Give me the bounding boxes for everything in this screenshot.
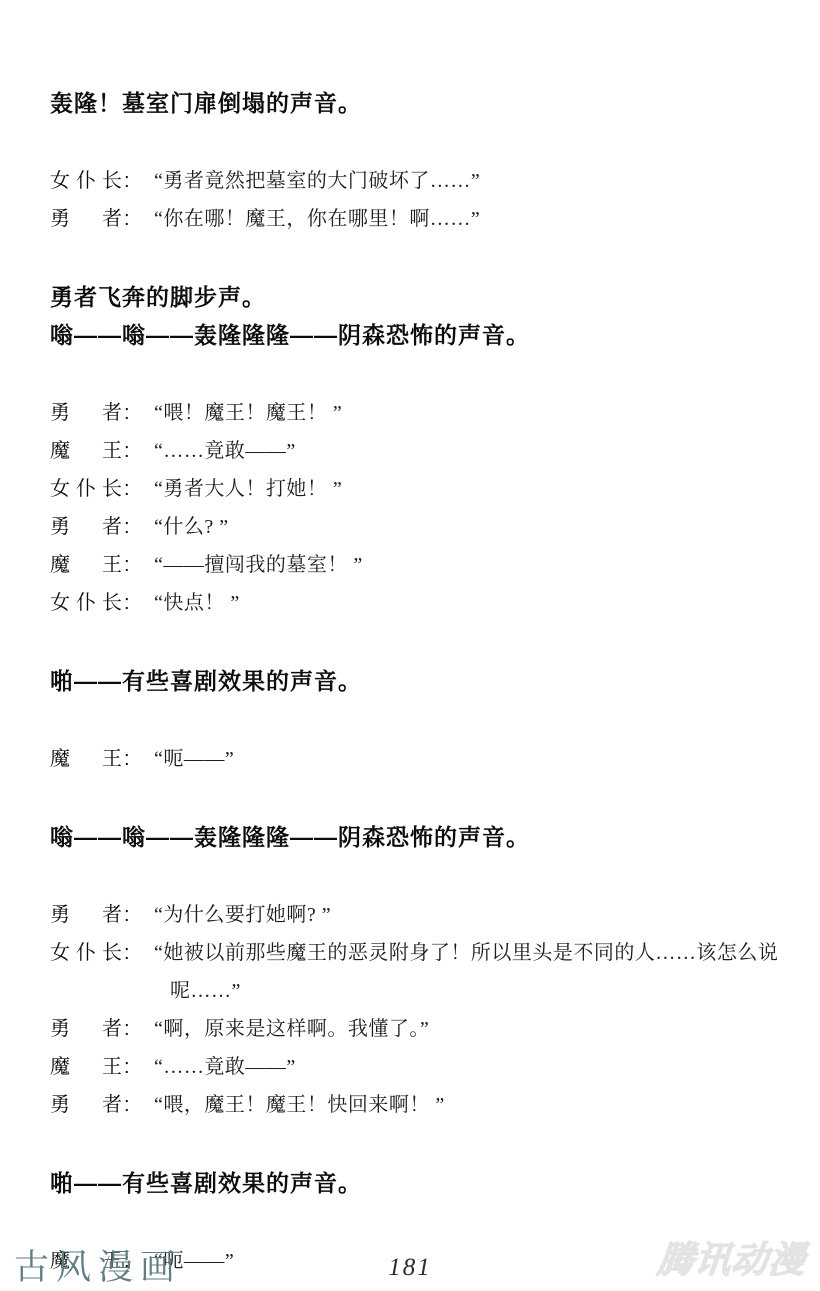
speaker-char: 勇	[50, 1010, 70, 1048]
speaker-char: 魔	[50, 1048, 70, 1086]
sound-effect-line: 啪——有些喜剧效果的声音。	[50, 1164, 800, 1202]
dialogue-text: “呃——”	[154, 740, 800, 778]
speaker-char: 女	[50, 934, 70, 972]
speaker-colon: :	[122, 1010, 154, 1048]
speaker-char: 者	[102, 1010, 122, 1048]
dialogue-text: “啊，原来是这样啊。我懂了。”	[154, 1010, 800, 1048]
speaker-char: 王	[102, 546, 122, 584]
speaker-char: 者	[102, 508, 122, 546]
speaker-char: 仆	[76, 934, 96, 972]
speaker-colon: :	[122, 394, 154, 432]
speaker-colon: :	[122, 740, 154, 778]
speaker-name: 魔王	[50, 546, 122, 584]
speaker-char: 者	[102, 200, 122, 238]
script-body: 轰隆！墓室门扉倒塌的声音。 女仆长 : “勇者竟然把墓室的大门破坏了……” 勇者…	[0, 0, 820, 1280]
speaker-name: 勇者	[50, 1010, 122, 1048]
speaker-char: 魔	[50, 432, 70, 470]
speaker-char: 勇	[50, 394, 70, 432]
dialogue-row: 勇者 : “为什么要打她啊? ”	[50, 896, 800, 934]
speaker-name: 女仆长	[50, 584, 122, 622]
speaker-colon: :	[122, 200, 154, 238]
sound-effect-line: 勇者飞奔的脚步声。	[50, 278, 800, 316]
dialogue-text: “她被以前那些魔王的恶灵附身了！所以里头是不同的人……该怎么说呢……”	[154, 934, 800, 1010]
speaker-name: 勇者	[50, 508, 122, 546]
speaker-char: 勇	[50, 1086, 70, 1124]
dialogue-row: 女仆长 : “快点！ ”	[50, 584, 800, 622]
speaker-char: 女	[50, 584, 70, 622]
speaker-char: 王	[102, 740, 122, 778]
speaker-colon: :	[122, 470, 154, 508]
speaker-name: 魔王	[50, 740, 122, 778]
speaker-char: 者	[102, 1086, 122, 1124]
speaker-colon: :	[122, 432, 154, 470]
speaker-char: 长	[102, 584, 122, 622]
dialogue-text: “你在哪！魔王，你在哪里！啊……”	[154, 200, 800, 238]
speaker-colon: :	[122, 1048, 154, 1086]
dialogue-row: 勇者 : “喂！魔王！魔王！ ”	[50, 394, 800, 432]
speaker-char: 勇	[50, 896, 70, 934]
speaker-name: 女仆长	[50, 470, 122, 508]
speaker-name: 勇者	[50, 896, 122, 934]
speaker-char: 魔	[50, 546, 70, 584]
dialogue-row: 魔王 : “——擅闯我的墓室！ ”	[50, 546, 800, 584]
speaker-colon: :	[122, 162, 154, 200]
speaker-name: 勇者	[50, 1086, 122, 1124]
dialogue-row: 勇者 : “啊，原来是这样啊。我懂了。”	[50, 1010, 800, 1048]
watermark-tencent-comics: 腾讯动漫	[655, 1232, 808, 1283]
speaker-colon: :	[122, 508, 154, 546]
dialogue-row: 勇者 : “什么? ”	[50, 508, 800, 546]
dialogue-text: “喂！魔王！魔王！ ”	[154, 394, 800, 432]
dialogue-text: “喂，魔王！魔王！快回来啊！ ”	[154, 1086, 800, 1124]
speaker-char: 仆	[76, 584, 96, 622]
dialogue-text: “——擅闯我的墓室！ ”	[154, 546, 800, 584]
speaker-char: 勇	[50, 200, 70, 238]
dialogue-row: 女仆长 : “勇者竟然把墓室的大门破坏了……”	[50, 162, 800, 200]
speaker-colon: :	[122, 1086, 154, 1124]
speaker-char: 长	[102, 470, 122, 508]
dialogue-row: 女仆长 : “她被以前那些魔王的恶灵附身了！所以里头是不同的人……该怎么说呢………	[50, 934, 800, 1010]
speaker-char: 者	[102, 394, 122, 432]
dialogue-row: 勇者 : “你在哪！魔王，你在哪里！啊……”	[50, 200, 800, 238]
dialogue-text: “……竟敢——”	[154, 1048, 800, 1086]
sound-effect-line: 嗡——嗡——轰隆隆隆——阴森恐怖的声音。	[50, 818, 800, 856]
dialogue-row: 魔王 : “……竟敢——”	[50, 432, 800, 470]
speaker-char: 者	[102, 896, 122, 934]
speaker-char: 王	[102, 432, 122, 470]
speaker-char: 勇	[50, 508, 70, 546]
speaker-name: 勇者	[50, 200, 122, 238]
speaker-colon: :	[122, 934, 154, 972]
speaker-char: 魔	[50, 740, 70, 778]
speaker-char: 仆	[76, 470, 96, 508]
speaker-char: 长	[102, 162, 122, 200]
dialogue-row: 魔王 : “……竟敢——”	[50, 1048, 800, 1086]
sound-effect-line: 嗡——嗡——轰隆隆隆——阴森恐怖的声音。	[50, 316, 800, 354]
sound-effect-line: 啪——有些喜剧效果的声音。	[50, 662, 800, 700]
dialogue-row: 魔王 : “呃——”	[50, 740, 800, 778]
speaker-name: 魔王	[50, 432, 122, 470]
speaker-char: 女	[50, 470, 70, 508]
speaker-char: 王	[102, 1048, 122, 1086]
speaker-colon: :	[122, 584, 154, 622]
speaker-name: 女仆长	[50, 162, 122, 200]
speaker-name: 勇者	[50, 394, 122, 432]
speaker-char: 长	[102, 934, 122, 972]
speaker-char: 女	[50, 162, 70, 200]
speaker-colon: :	[122, 896, 154, 934]
dialogue-text: “快点！ ”	[154, 584, 800, 622]
speaker-colon: :	[122, 546, 154, 584]
dialogue-row: 女仆长 : “勇者大人！打她！ ”	[50, 470, 800, 508]
sound-effect-line: 轰隆！墓室门扉倒塌的声音。	[50, 84, 800, 122]
dialogue-text: “什么? ”	[154, 508, 800, 546]
speaker-name: 女仆长	[50, 934, 122, 972]
script-page: 轰隆！墓室门扉倒塌的声音。 女仆长 : “勇者竟然把墓室的大门破坏了……” 勇者…	[0, 0, 820, 1291]
dialogue-text: “……竟敢——”	[154, 432, 800, 470]
dialogue-text: “勇者大人！打她！ ”	[154, 470, 800, 508]
speaker-char: 仆	[76, 162, 96, 200]
dialogue-text: “为什么要打她啊? ”	[154, 896, 800, 934]
speaker-name: 魔王	[50, 1048, 122, 1086]
dialogue-row: 勇者 : “喂，魔王！魔王！快回来啊！ ”	[50, 1086, 800, 1124]
dialogue-text: “勇者竟然把墓室的大门破坏了……”	[154, 162, 800, 200]
